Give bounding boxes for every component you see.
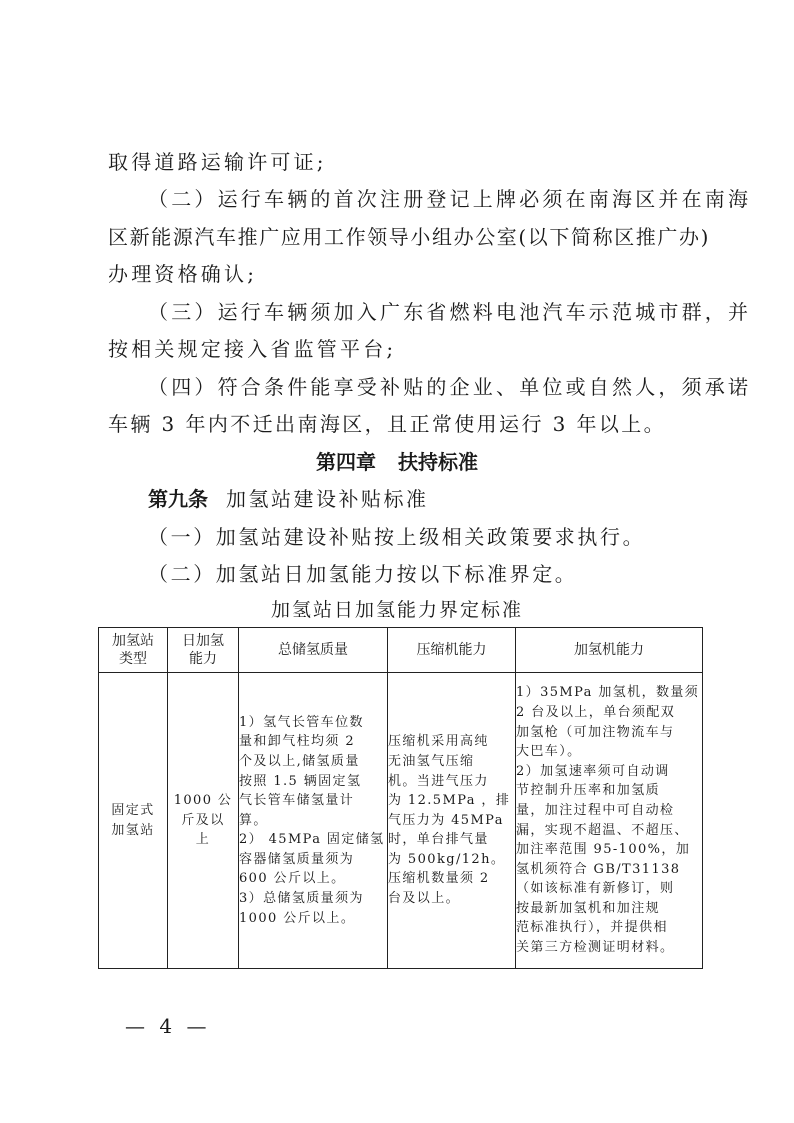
article-title: 加氢站建设补贴标准 xyxy=(226,487,429,511)
paragraph-line: （三）运行车辆须加入广东省燃料电池汽车示范城市群，并 xyxy=(148,300,738,324)
cell-compressor: 压缩机采用高纯 无油氢气压缩 机。当进气压力 为 12.5MPa ，排 气压力为… xyxy=(388,673,516,969)
paragraph-line: （二）运行车辆的首次注册登记上牌必须在南海区并在南海 xyxy=(148,187,738,211)
table-header-row: 加氢站 类型 日加氢 能力 总储氢质量 压缩机能力 加氢机能力 xyxy=(99,628,703,673)
clause-2: （二）加氢站日加氢能力按以下标准界定。 xyxy=(148,562,738,586)
header-daily-capacity: 日加氢 能力 xyxy=(168,628,239,673)
paragraph-line: 区新能源汽车推广应用工作领导小组办公室(以下简称区推广办) xyxy=(108,225,698,249)
header-dispenser: 加氢机能力 xyxy=(516,628,703,673)
table-title: 加氢站日加氢能力界定标准 xyxy=(0,598,794,622)
table-row: 固定式 加氢站 1000 公 斤及以 上 1）氢气长管车位数 量和卸气柱均须 2… xyxy=(99,673,703,969)
hydrogen-station-standard-table: 加氢站 类型 日加氢 能力 总储氢质量 压缩机能力 加氢机能力 固定式 加氢站 … xyxy=(98,627,703,969)
chapter-heading: 第四章扶持标准 xyxy=(0,450,794,474)
cell-dispenser: 1）35MPa 加氢机，数量须 2 台及以上，单台须配双 加氢枪（可加注物流车与… xyxy=(516,673,703,969)
header-compressor: 压缩机能力 xyxy=(388,628,516,673)
header-station-type: 加氢站 类型 xyxy=(99,628,168,673)
chapter-title: 扶持标准 xyxy=(398,450,478,474)
header-total-storage: 总储氢质量 xyxy=(239,628,388,673)
cell-station-type: 固定式 加氢站 xyxy=(99,673,168,969)
article-heading: 第九条加氢站建设补贴标准 xyxy=(148,487,429,511)
chapter-number: 第四章 xyxy=(316,450,376,474)
clause-1: （一）加氢站建设补贴按上级相关政策要求执行。 xyxy=(148,525,738,549)
paragraph-line: 取得道路运输许可证; xyxy=(108,150,698,174)
page-number: — 4 — xyxy=(125,1014,210,1038)
paragraph-line: 按相关规定接入省监管平台; xyxy=(108,337,698,361)
cell-daily-capacity: 1000 公 斤及以 上 xyxy=(168,673,239,969)
paragraph-line: 办理资格确认; xyxy=(108,262,698,286)
paragraph-line: （四）符合条件能享受补贴的企业、单位或自然人，须承诺 xyxy=(148,375,738,399)
cell-total-storage: 1）氢气长管车位数 量和卸气柱均须 2 个及以上,储氢质量 按照 1.5 辆固定… xyxy=(239,673,388,969)
paragraph-line: 车辆 3 年内不迁出南海区，且正常使用运行 3 年以上。 xyxy=(108,412,698,436)
article-number: 第九条 xyxy=(148,487,208,511)
